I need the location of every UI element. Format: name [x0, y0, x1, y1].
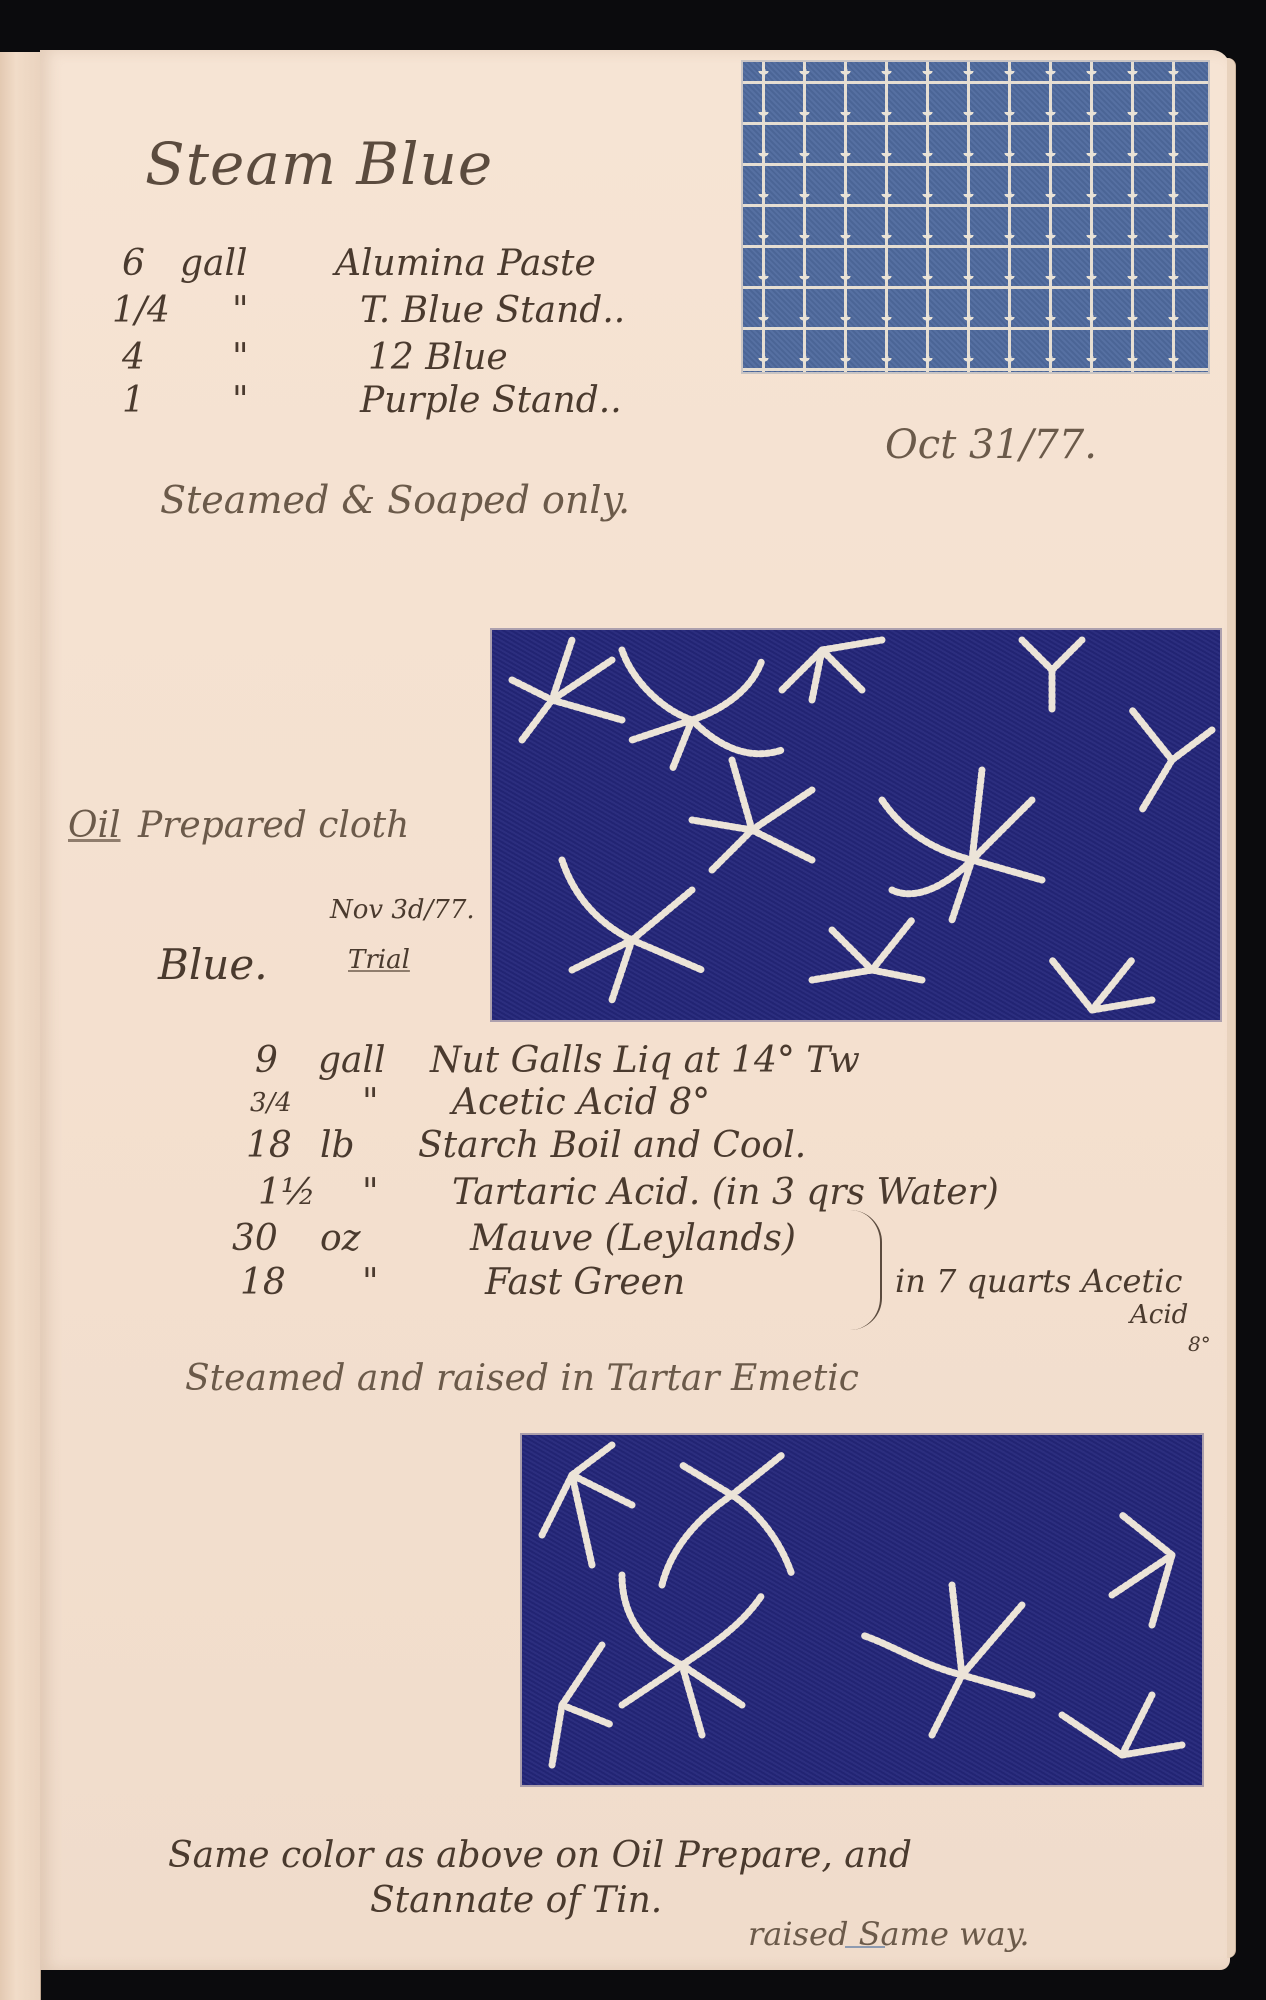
recipe-2-qty-4: 1½: [258, 1172, 316, 1213]
fern-pattern-icon: [492, 630, 1220, 1020]
recipe-2-ingredient-6: Fast Green: [485, 1262, 685, 1303]
page-edge: [1227, 58, 1236, 1958]
recipe-2-heading-underlined: Oil: [68, 805, 121, 846]
recipe-3-line-1: Same color as above on Oil Prepare, and: [168, 1835, 912, 1876]
recipe-2-unit-4: ": [362, 1172, 379, 1213]
recipe-1-qty-3: 4: [122, 337, 145, 378]
recipe-2-ingredient-3: Starch Boil and Cool.: [418, 1125, 806, 1166]
recipe-3-line-2: Stannate of Tin.: [370, 1880, 662, 1921]
recipe-1-process: Steamed & Soaped only.: [160, 478, 630, 522]
blue-underline-mark: [845, 1946, 885, 1948]
recipe-2-heading-rest: Prepared cloth: [138, 805, 409, 846]
fabric-swatch-fern-1: [492, 630, 1220, 1020]
recipe-2-process: Steamed and raised in Tartar Emetic: [185, 1358, 859, 1399]
recipe-2-ingredient-2: Acetic Acid 8°: [452, 1082, 710, 1123]
fabric-swatch-fern-2: [522, 1435, 1202, 1785]
recipe-1-qty-4: 1: [122, 380, 145, 421]
recipe-2-qty-1: 9: [255, 1040, 278, 1081]
recipe-2-qty-6: 18: [240, 1262, 286, 1303]
recipe-1-unit-2: ": [232, 290, 249, 331]
recipe-2-bracket-note-acid: Acid: [1130, 1300, 1188, 1330]
recipe-2-ingredient-5: Mauve (Leylands): [470, 1218, 796, 1259]
recipe-1-date: Oct 31/77.: [885, 422, 1097, 468]
recipe-2-unit-2: ": [362, 1082, 379, 1123]
recipe-1-unit-1: gall: [180, 243, 248, 284]
recipe-1-ingredient-4: Purple Stand..: [360, 380, 622, 421]
recipe-2-qty-2: 3/4: [250, 1088, 292, 1118]
recipe-1-qty-1: 6: [122, 243, 145, 284]
recipe-1-ingredient-1: Alumina Paste: [335, 243, 596, 284]
recipe-1-unit-3: ": [232, 337, 249, 378]
recipe-1-ingredient-3: 12 Blue: [368, 337, 508, 378]
recipe-2-unit-3: lb: [320, 1125, 355, 1166]
book-spine: [0, 52, 41, 2000]
recipe-2-color-name: Blue.: [158, 940, 268, 989]
fabric-swatch-blue-check: [743, 62, 1208, 372]
recipe-2-unit-5: oz: [320, 1218, 361, 1259]
fern-pattern-icon: [522, 1435, 1202, 1785]
recipe-2-qty-3: 18: [246, 1125, 292, 1166]
recipe-2-bracket-note-degree: 8°: [1188, 1332, 1211, 1356]
recipe-2-heading: Oil: [68, 805, 121, 846]
recipe-3-line-3: raised Same way.: [748, 1915, 1030, 1953]
recipe-2-bracket-note: in 7 quarts Acetic: [895, 1262, 1182, 1300]
recipe-1-qty-2: 1/4: [112, 290, 170, 331]
recipe-2-unit-1: gall: [318, 1040, 386, 1081]
bracket-brace: [850, 1210, 882, 1330]
recipe-1-unit-4: ": [232, 380, 249, 421]
recipe-2-ingredient-4: Tartaric Acid. (in 3 qrs Water): [452, 1172, 999, 1213]
recipe-2-qty-5: 30: [232, 1218, 278, 1259]
recipe-2-trial-note: Trial: [348, 945, 410, 975]
recipe-2-ingredient-1: Nut Galls Liq at 14° Tw: [430, 1040, 860, 1081]
recipe-1-ingredient-2: T. Blue Stand..: [360, 290, 625, 331]
recipe-2-date: Nov 3d/77.: [330, 895, 475, 925]
recipe-2-unit-6: ": [362, 1262, 379, 1303]
recipe-1-title: Steam Blue: [145, 130, 493, 198]
